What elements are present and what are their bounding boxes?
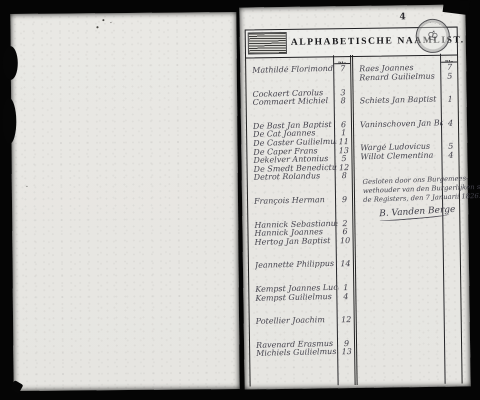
entry-name: Mathildé Florimond xyxy=(252,65,335,76)
name-list-table: Blz. Mathildé Florimond7Cockaert Carolus… xyxy=(245,54,461,387)
table-row: Willot Clementina4 xyxy=(360,152,458,162)
table-row: Potellier Joachim12 xyxy=(256,316,354,326)
mayor-signature: B. Vanden Berge xyxy=(379,205,450,221)
entry-name: Vaninschoven Jan Bapt. xyxy=(360,119,443,130)
page-column-header: Blz. xyxy=(334,55,350,64)
entry-name: Willot Clementina xyxy=(360,151,443,162)
left-blank-page xyxy=(10,12,239,391)
right-register-page: 4 ALPHABETISCHE NAAMLIST. ♔ Blz. Mathild… xyxy=(239,4,470,389)
entry-name: Jeannette Philippus xyxy=(255,260,338,271)
entry-name: Potellier Joachim xyxy=(256,316,339,327)
entry-page-number: 10 xyxy=(338,237,353,246)
table-row: Kempst Guilielmus4 xyxy=(255,293,353,303)
entry-page-number: 8 xyxy=(336,97,351,106)
table-row: Detrot Rolandus8 xyxy=(254,172,352,182)
scan-edge-blob xyxy=(443,0,471,15)
dense-print-text-block xyxy=(248,32,287,55)
entry-page-number: 4 xyxy=(443,119,458,128)
table-row: Jeannette Philippus14 xyxy=(255,260,353,270)
entry-page-number: 7 xyxy=(335,65,350,74)
entry-group: Wargé Ludovicus5Willot Clementina4 xyxy=(360,143,458,162)
entry-page-number: 4 xyxy=(443,152,458,161)
table-row: Renard Guilielmus5 xyxy=(359,72,457,82)
table-row: Schiets Jan Baptist1 xyxy=(360,96,458,106)
table-row: François Herman9 xyxy=(254,196,352,206)
table-row: Michiels Guilielmus13 xyxy=(256,348,354,358)
page-column-header: Blz. xyxy=(441,54,457,63)
entry-group: Jeannette Philippus14 xyxy=(255,260,353,270)
entry-name: Detrot Rolandus xyxy=(254,172,337,183)
table-row: Hertog Jan Baptist10 xyxy=(255,237,353,247)
entry-list-left: Mathildé Florimond7Cockaert Carolus3Comm… xyxy=(246,65,354,373)
entry-group: Potellier Joachim12 xyxy=(256,316,354,326)
paper-speck xyxy=(26,186,28,187)
entry-name: Michiels Guilielmus xyxy=(256,348,339,359)
entry-group: De Bast Jan Baptist6De Cat Joannes1De Ca… xyxy=(253,121,352,183)
entry-group: Cockaert Carolus3Commaert Michiel8 xyxy=(252,89,350,108)
entry-name: Kempst Guilielmus xyxy=(255,292,338,303)
table-row: Vaninschoven Jan Bapt.4 xyxy=(360,119,458,129)
entry-page-number: 13 xyxy=(339,348,354,357)
entry-group: François Herman9 xyxy=(254,196,352,206)
paper-speck xyxy=(96,26,98,28)
entry-name: Commaert Michiel xyxy=(253,97,336,108)
crown-seal-stamp: ♔ xyxy=(412,15,453,56)
scan-edge-blob xyxy=(3,46,18,80)
entry-list-right: Raes Joannes7Renard Guilielmus5Schiets J… xyxy=(353,64,459,220)
scan-edge-blob xyxy=(2,98,16,144)
crown-icon: ♔ xyxy=(425,27,440,44)
entry-group: Ravenard Erasmus9Michiels Guilielmus13 xyxy=(256,340,354,359)
entry-page-number: 14 xyxy=(338,260,353,269)
table-row: Mathildé Florimond7 xyxy=(252,65,350,75)
entry-name: Renard Guilielmus xyxy=(359,72,442,83)
entry-page-number: 9 xyxy=(337,196,352,205)
entry-group: Schiets Jan Baptist1 xyxy=(360,96,458,106)
entry-page-number: 5 xyxy=(442,72,457,81)
folio-number: 4 xyxy=(399,12,405,22)
page-title: ALPHABETISCHE NAAMLIST. xyxy=(291,36,407,48)
scan-edge-blob xyxy=(10,380,24,394)
entry-group: Raes Joannes7Renard Guilielmus5 xyxy=(359,64,457,83)
entry-name: Hertog Jan Baptist xyxy=(255,237,338,248)
entry-group: Mathildé Florimond7 xyxy=(252,65,350,75)
entry-group: Hannick Sebastianus2Hannick Joannes6Hert… xyxy=(254,220,352,247)
closing-attestation: Gesloten door ons Burgemees-wethouder va… xyxy=(362,174,467,205)
entry-page-number: 8 xyxy=(337,172,352,181)
entry-page-number: 12 xyxy=(339,316,354,325)
entry-name: François Herman xyxy=(254,196,337,207)
paper-speck xyxy=(102,19,104,21)
entry-group: Kempst Joannes Lucas1Kempst Guilielmus4 xyxy=(255,284,353,303)
entry-page-number: 4 xyxy=(338,293,353,302)
entry-group: Vaninschoven Jan Bapt.4 xyxy=(360,119,458,129)
table-row: Commaert Michiel8 xyxy=(253,97,351,107)
entry-name: Schiets Jan Baptist xyxy=(360,96,443,107)
table-column-right: Blz. Raes Joannes7Renard Guilielmus5Schi… xyxy=(352,54,463,385)
paper-speck xyxy=(110,22,111,23)
table-column-left: Blz. Mathildé Florimond7Cockaert Carolus… xyxy=(245,55,356,386)
scan-background: 4 ALPHABETISCHE NAAMLIST. ♔ Blz. Mathild… xyxy=(0,0,480,400)
entry-page-number: 1 xyxy=(443,96,458,105)
